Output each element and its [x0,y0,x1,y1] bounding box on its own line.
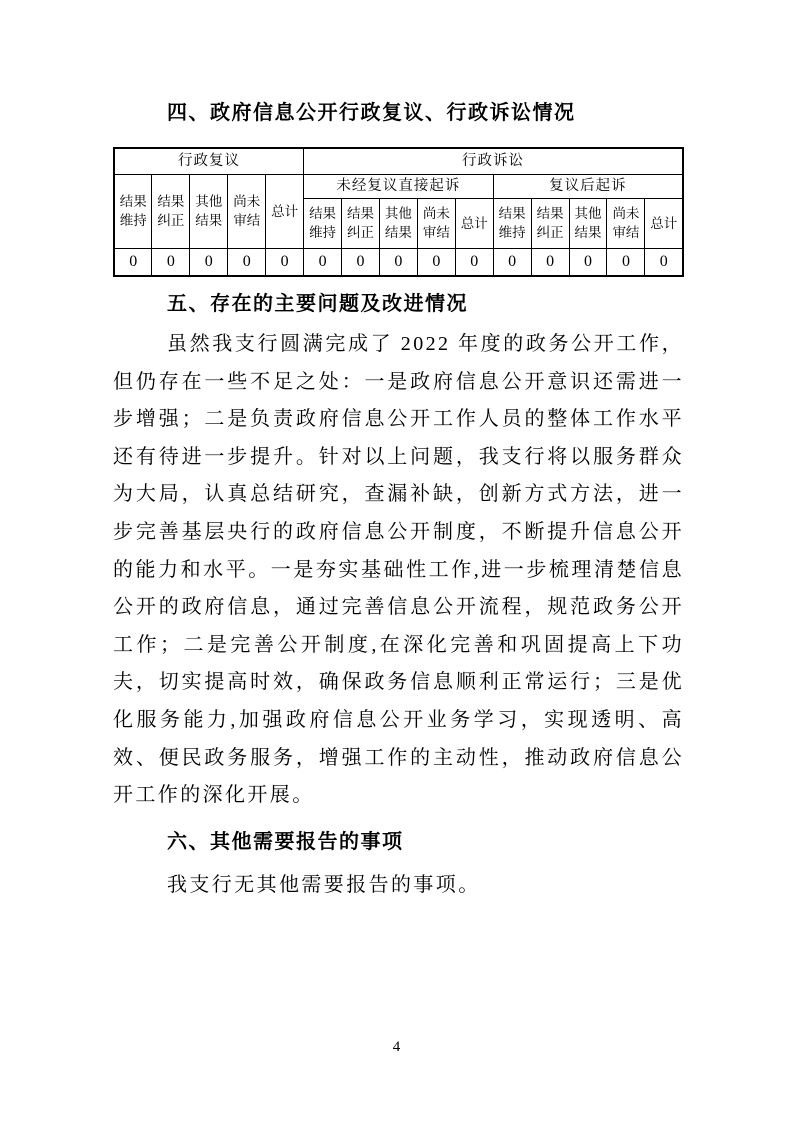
table-value-cell: 0 [379,248,417,276]
table-col-header: 尚未审结 [607,198,645,248]
table-col-header: 结果纠正 [342,198,380,248]
table-col-header: 尚未审结 [228,174,266,248]
table-col-header: 其他结果 [379,198,417,248]
table-col-header: 结果纠正 [152,174,190,248]
table-col-header: 结果维持 [304,198,342,248]
table-col-header: 总计 [645,198,683,248]
table-group-review: 行政复议 [114,148,304,174]
section5-paragraph: 虽然我支行圆满完成了 2022 年度的政务公开工作，但仍存在一些不足之处：一是政… [113,326,684,815]
section6-paragraph: 我支行无其他需要报告的事项。 [113,867,684,905]
table-value-cell: 0 [152,248,190,276]
table-group-row: 行政复议 行政诉讼 [114,148,683,174]
table-col-header: 其他结果 [569,198,607,248]
table-value-cell: 0 [266,248,304,276]
table-value-cell: 0 [342,248,380,276]
section-heading-6: 六、其他需要报告的事项 [113,830,684,855]
table-subgroup-row: 结果维持 结果纠正 其他结果 尚未审结 总计 未经复议直接起诉 复议后起诉 [114,174,683,198]
table-subgroup-after-review-suit: 复议后起诉 [493,174,683,198]
page-number: 4 [0,1039,793,1056]
table-value-cell: 0 [645,248,683,276]
table-col-header: 尚未审结 [417,198,455,248]
section-heading-4: 四、政府信息公开行政复议、行政诉讼情况 [113,101,684,126]
table-value-cell: 0 [417,248,455,276]
section-heading-5: 五、存在的主要问题及改进情况 [113,292,684,317]
table-value-cell: 0 [190,248,228,276]
table-value-cell: 0 [455,248,493,276]
table-col-header: 总计 [455,198,493,248]
table-value-cell: 0 [531,248,569,276]
table-value-cell: 0 [114,248,152,276]
table-col-header: 结果维持 [493,198,531,248]
table-value-cell: 0 [304,248,342,276]
table-col-header: 结果纠正 [531,198,569,248]
table-subgroup-direct-suit: 未经复议直接起诉 [304,174,494,198]
table-col-header: 其他结果 [190,174,228,248]
table-col-header: 结果维持 [114,174,152,248]
document-page: 四、政府信息公开行政复议、行政诉讼情况 行政复议 行政诉讼 结果维持 结果纠正 … [0,0,793,1122]
table-group-litigation: 行政诉讼 [304,148,683,174]
table-value-cell: 0 [607,248,645,276]
admin-review-litigation-table: 行政复议 行政诉讼 结果维持 结果纠正 其他结果 尚未审结 总计 未经复议直接起… [113,147,684,277]
table-col-header: 总计 [266,174,304,248]
table-value-row: 0 0 0 0 0 0 0 0 0 0 0 0 0 0 0 [114,248,683,276]
table-value-cell: 0 [569,248,607,276]
document-content: 四、政府信息公开行政复议、行政诉讼情况 行政复议 行政诉讼 结果维持 结果纠正 … [113,0,684,904]
table-value-cell: 0 [493,248,531,276]
table-value-cell: 0 [228,248,266,276]
